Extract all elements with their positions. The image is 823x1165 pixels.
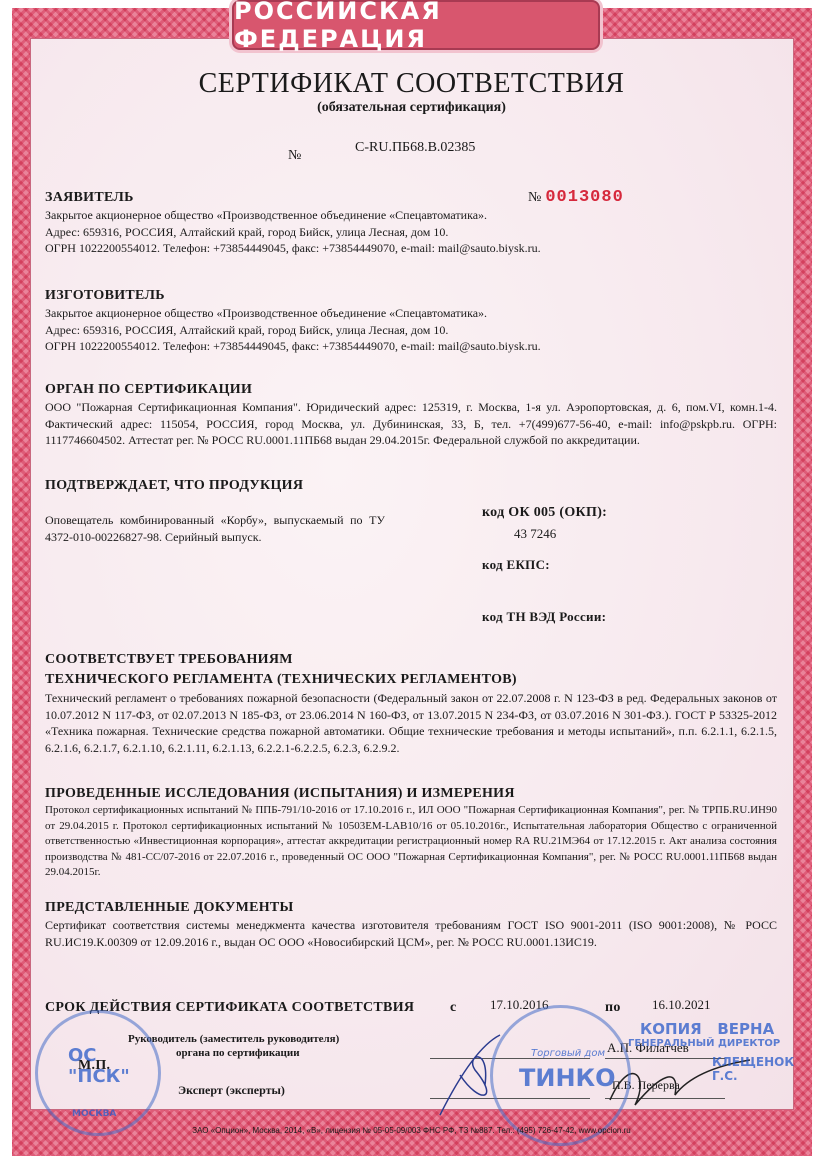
certificate-number: С-RU.ПБ68.В.02385 bbox=[355, 140, 475, 156]
copy-stamp-line1: КОПИЯ ВЕРНА bbox=[640, 1020, 774, 1038]
product-heading: ПОДТВЕРЖДАЕТ, ЧТО ПРОДУКЦИЯ bbox=[45, 478, 303, 494]
ekps-label: код ЕКПС: bbox=[482, 557, 550, 573]
manufacturer-name: Закрытое акционерное общество «Производс… bbox=[45, 305, 785, 322]
tnved-label: код ТН ВЭД России: bbox=[482, 609, 606, 625]
applicant-contacts: ОГРН 1022200554012. Телефон: +7385444904… bbox=[45, 240, 785, 257]
blank-number: № 0013080 bbox=[528, 188, 624, 207]
documents-heading: ПРЕДСТАВЛЕННЫЕ ДОКУМЕНТЫ bbox=[45, 900, 294, 916]
printer-footer: ЗАО «Опцион», Москва, 2014, «В», лицензи… bbox=[0, 1126, 823, 1135]
documents-text: Сертификат соответствия системы менеджме… bbox=[45, 917, 777, 950]
requirements-heading-2: ТЕХНИЧЕСКОГО РЕГЛАМЕНТА (ТЕХНИЧЕСКИХ РЕГ… bbox=[45, 672, 517, 688]
requirements-heading-1: СООТВЕТСТВУЕТ ТРЕБОВАНИЯМ bbox=[45, 652, 293, 668]
okp-label: код ОК 005 (ОКП): bbox=[482, 505, 607, 521]
manufacturer-contacts: ОГРН 1022200554012. Телефон: +7385444904… bbox=[45, 338, 785, 355]
requirements-text: Технический регламент о требованиях пожа… bbox=[45, 690, 777, 756]
expert-label: Эксперт (эксперты) bbox=[178, 1083, 285, 1098]
tests-text: Протокол сертификационных испытаний № ПП… bbox=[45, 803, 777, 881]
okp-value: 43 7246 bbox=[514, 526, 556, 542]
cert-body-heading: ОРГАН ПО СЕРТИФИКАЦИИ bbox=[45, 382, 252, 398]
cert-body-stamp: ОС "ПСК" МОСКВА bbox=[35, 1010, 161, 1136]
manufacturer-heading: ИЗГОТОВИТЕЛЬ bbox=[45, 288, 165, 304]
copy-stamp-line3: КЛЕЩЕНОК Г.С. bbox=[712, 1055, 823, 1083]
document-title: СЕРТИФИКАТ СООТВЕТСТВИЯ bbox=[0, 68, 823, 100]
document-subtitle: (обязательная сертификация) bbox=[0, 100, 823, 116]
blank-number-value: 0013080 bbox=[545, 188, 623, 207]
head-label-1: Руководитель (заместитель руководителя) bbox=[128, 1033, 339, 1045]
country-banner: РОССИЙСКАЯ ФЕДЕРАЦИЯ bbox=[232, 0, 600, 50]
tests-heading: ПРОВЕДЕННЫЕ ИССЛЕДОВАНИЯ (ИСПЫТАНИЯ) И И… bbox=[45, 786, 515, 802]
applicant-details: Закрытое акционерное общество «Производс… bbox=[45, 207, 785, 257]
validity-to-label: по bbox=[605, 1000, 621, 1016]
validity-from-label: с bbox=[450, 1000, 457, 1016]
blank-number-label: № bbox=[528, 190, 541, 205]
applicant-name: Закрытое акционерное общество «Производс… bbox=[45, 207, 785, 224]
applicant-heading: ЗАЯВИТЕЛЬ bbox=[45, 190, 134, 206]
distributor-stamp: Торговый дом ТИНКО bbox=[490, 1005, 631, 1146]
certificate-border bbox=[12, 8, 812, 1156]
head-label-2: органа по сертификации bbox=[176, 1047, 300, 1059]
cert-body-text: ООО "Пожарная Сертификационная Компания"… bbox=[45, 399, 777, 449]
manufacturer-address: Адрес: 659316, РОССИЯ, Алтайский край, г… bbox=[45, 322, 785, 339]
manufacturer-details: Закрытое акционерное общество «Производс… bbox=[45, 305, 785, 355]
applicant-address: Адрес: 659316, РОССИЯ, Алтайский край, г… bbox=[45, 224, 785, 241]
validity-to-date: 16.10.2021 bbox=[652, 997, 711, 1013]
banner-text: РОССИЙСКАЯ ФЕДЕРАЦИЯ bbox=[234, 0, 598, 53]
stamp-caption: Торговый дом bbox=[531, 1048, 605, 1059]
stamp-text: ОС "ПСК" bbox=[68, 1045, 158, 1087]
stamp-city: МОСКВА bbox=[72, 1109, 116, 1119]
product-text: Оповещатель комбинированный «Корбу», вып… bbox=[45, 512, 385, 545]
number-sign: № bbox=[288, 148, 301, 164]
copy-stamp-line2: ГЕНЕРАЛЬНЫЙ ДИРЕКТОР bbox=[628, 1038, 780, 1049]
stamp-brand: ТИНКО bbox=[519, 1064, 616, 1092]
